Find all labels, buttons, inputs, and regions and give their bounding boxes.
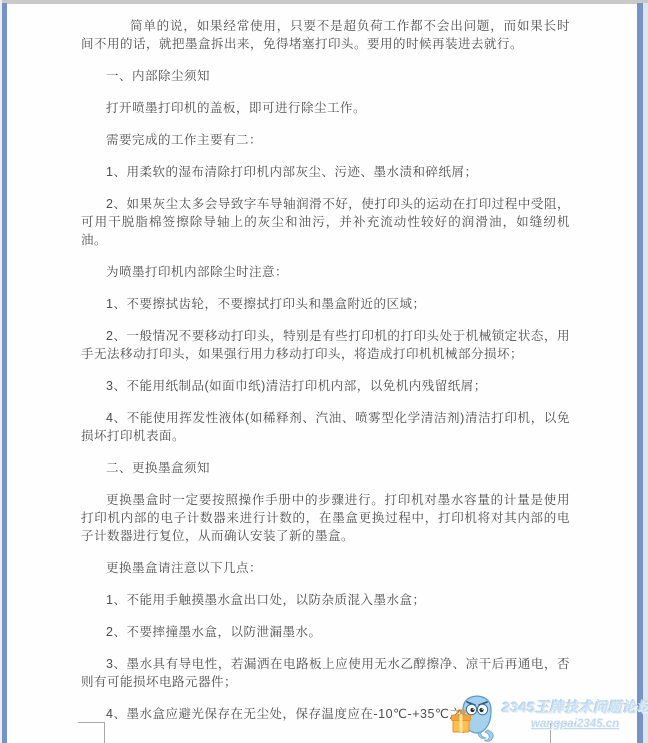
document-body: 简单的说，如果经常使用，只要不是超负荷工作都不会出问题，而如果长时间不用的话，就…	[81, 17, 570, 723]
paragraph: 2、一般情况不要移动打印头，特别是有些打印机的打印头处于机械锁定状态，用手无法移…	[81, 327, 570, 363]
octopus-mascot-icon	[450, 692, 502, 743]
paragraph: 一、内部除尘须知	[81, 67, 570, 85]
text-boundary-mark-left	[104, 722, 105, 743]
watermark-title: 2345王牌技术问题论坛	[502, 697, 648, 717]
paragraph: 简单的说，如果经常使用，只要不是超负荷工作都不会出问题，而如果长时间不用的话，就…	[81, 17, 570, 53]
paragraph: 3、不能用纸制品(如面巾纸)清洁打印机内部，以免机内残留纸屑；	[81, 377, 570, 395]
paragraph: 更换墨盒请注意以下几点：	[81, 559, 570, 577]
paragraph: 1、不要擦拭齿轮，不要擦拭打印头和墨盒附近的区域；	[81, 295, 570, 313]
document-page: 简单的说，如果经常使用，只要不是超负荷工作都不会出问题，而如果长时间不用的话，就…	[7, 4, 637, 743]
paragraph: 1、不能用手触摸墨水盒出口处，以防杂质混入墨水盒；	[81, 591, 570, 609]
paragraph: 更换墨盒时一定要按照操作手册中的步骤进行。打印机对墨水容量的计量是使用打印机内部…	[81, 491, 570, 545]
text-boundary-mark-left	[78, 722, 105, 723]
paragraph: 2、不要摔撞墨水盒，以防泄漏墨水。	[81, 623, 570, 641]
window-right-edge	[643, 3, 648, 743]
paragraph: 3、墨水具有导电性，若漏洒在电路板上应使用无水乙醇擦净、凉干后再通电，否则有可能…	[81, 655, 570, 691]
paragraph: 打开喷墨打印机的盖板，即可进行除尘工作。	[81, 99, 570, 117]
paragraph: 1、用柔软的湿布清除打印机内部灰尘、污迹、墨水渍和碎纸屑；	[81, 163, 570, 181]
paragraph: 需要完成的工作主要有二：	[81, 131, 570, 149]
paragraph: 4、不能使用挥发性液体(如稀释剂、汽油、喷雾型化学清洁剂)清洁打印机，以免损坏打…	[81, 409, 570, 445]
paragraph: 为喷墨打印机内部除尘时注意：	[81, 263, 570, 281]
forum-watermark: 2345王牌技术问题论坛 wangpai2345.cn	[450, 692, 648, 743]
paragraph: 二、更换墨盒须知	[81, 459, 570, 477]
watermark-url: wangpai2345.cn	[502, 718, 648, 730]
watermark-texts: 2345王牌技术问题论坛 wangpai2345.cn	[502, 692, 648, 730]
paragraph: 2、如果灰尘太多会导致字车导轴润滑不好，使打印头的运动在打印过程中受阻，可用干脱…	[81, 195, 570, 249]
